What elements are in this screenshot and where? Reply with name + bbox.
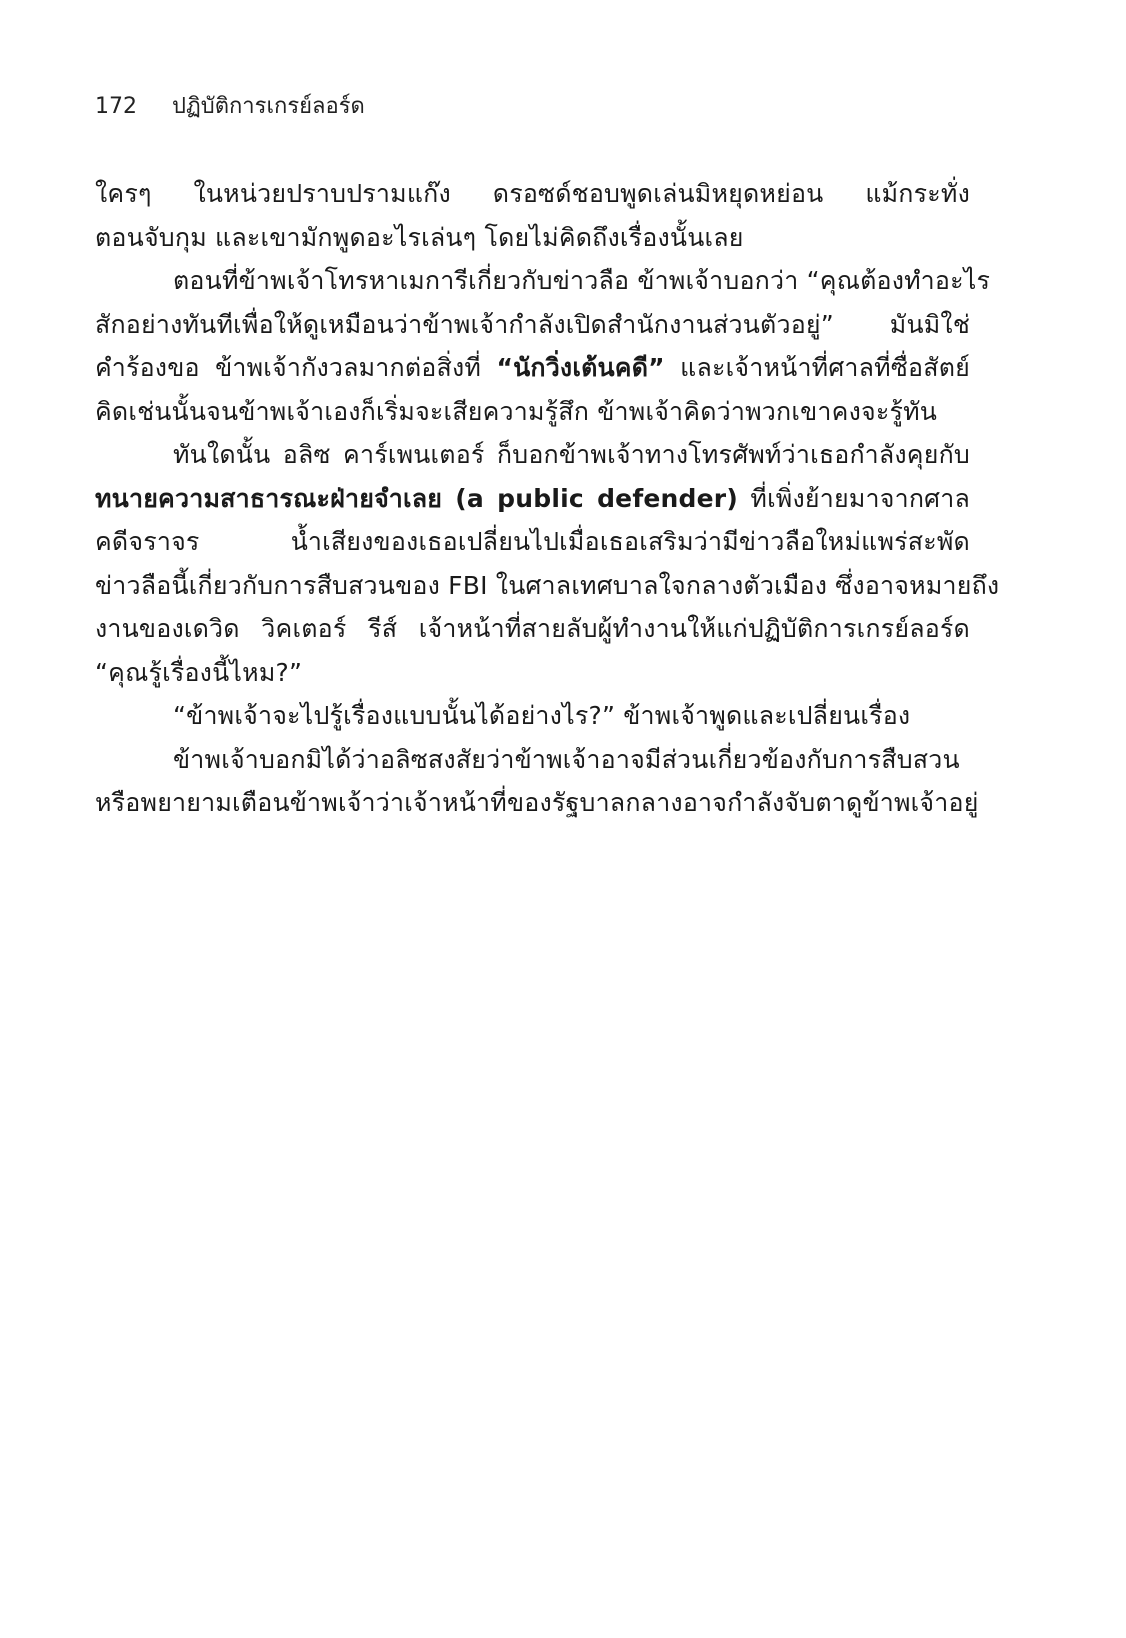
text-segment: ข่าวลือนี้เกี่ยวกับการสืบสวนของ FBI ในศา… [95,571,999,600]
body-text: ใครๆ ในหน่วยปราบปรามแก๊ง ดรอซด์ชอบพูดเล่… [95,172,970,825]
running-header: 172 ปฏิบัติการเกรย์ลอร์ด [95,88,365,123]
text-segment: ที่เพิ่งย้ายมาจากศาล [738,484,970,513]
text-segment: ใครๆ ในหน่วยปราบปรามแก๊ง ดรอซด์ชอบพูดเล่… [95,179,970,208]
text-segment: หรือพยายามเตือนข้าพเจ้าว่าเจ้าหน้าที่ของ… [95,788,979,817]
text-segment: คิดเช่นนั้นจนข้าพเจ้าเองก็เริ่มจะเสียควา… [95,397,937,426]
text-segment: สักอย่างทันทีเพื่อให้ดูเหมือนว่าข้าพเจ้า… [95,310,970,339]
text-line: ข่าวลือนี้เกี่ยวกับการสืบสวนของ FBI ในศา… [95,564,970,608]
text-line: ใครๆ ในหน่วยปราบปรามแก๊ง ดรอซด์ชอบพูดเล่… [95,172,970,216]
paragraph: ข้าพเจ้าบอกมิได้ว่าอลิซสงสัยว่าข้าพเจ้าอ… [95,738,970,825]
text-line: หรือพยายามเตือนข้าพเจ้าว่าเจ้าหน้าที่ของ… [95,781,970,825]
text-line: คิดเช่นนั้นจนข้าพเจ้าเองก็เริ่มจะเสียควา… [95,390,970,434]
text-segment: “ข้าพเจ้าจะไปรู้เรื่องแบบนั้นได้อย่างไร?… [173,701,910,730]
text-segment: ตอนจับกุม และเขามักพูดอะไรเล่นๆ โดยไม่คิ… [95,223,744,252]
paragraph: ทันใดนั้น อลิซ คาร์เพนเตอร์ ก็บอกข้าพเจ้… [95,433,970,694]
text-line: คดีจราจร น้ำเสียงของเธอเปลี่ยนไปเมื่อเธอ… [95,520,970,564]
emphasized-text: ทนายความสาธารณะฝ่ายจำเลย (a public defen… [95,484,738,513]
text-segment: “คุณรู้เรื่องนี้ไหม?” [95,658,302,687]
text-segment: ทันใดนั้น อลิซ คาร์เพนเตอร์ ก็บอกข้าพเจ้… [173,440,970,469]
text-segment: และเจ้าหน้าที่ศาลที่ซื่อสัตย์ [665,353,970,382]
text-line: สักอย่างทันทีเพื่อให้ดูเหมือนว่าข้าพเจ้า… [95,303,970,347]
paragraph: ตอนที่ข้าพเจ้าโทรหาเมการีเกี่ยวกับข่าวลื… [95,259,970,433]
text-segment: คำร้องขอ ข้าพเจ้ากังวลมากต่อสิ่งที่ [95,353,496,382]
text-line: ตอนที่ข้าพเจ้าโทรหาเมการีเกี่ยวกับข่าวลื… [95,259,970,303]
text-line: ตอนจับกุม และเขามักพูดอะไรเล่นๆ โดยไม่คิ… [95,216,970,260]
text-line: ข้าพเจ้าบอกมิได้ว่าอลิซสงสัยว่าข้าพเจ้าอ… [95,738,970,782]
text-line: งานของเดวิด วิคเตอร์ รีส์ เจ้าหน้าที่สาย… [95,607,970,651]
text-segment: งานของเดวิด วิคเตอร์ รีส์ เจ้าหน้าที่สาย… [95,614,970,643]
text-segment: ตอนที่ข้าพเจ้าโทรหาเมการีเกี่ยวกับข่าวลื… [173,266,990,295]
book-title: ปฏิบัติการเกรย์ลอร์ด [172,94,365,119]
text-line: ทันใดนั้น อลิซ คาร์เพนเตอร์ ก็บอกข้าพเจ้… [95,433,970,477]
text-line: “คุณรู้เรื่องนี้ไหม?” [95,651,970,695]
text-segment: คดีจราจร น้ำเสียงของเธอเปลี่ยนไปเมื่อเธอ… [95,527,970,556]
paragraph: ใครๆ ในหน่วยปราบปรามแก๊ง ดรอซด์ชอบพูดเล่… [95,172,970,259]
text-line: “ข้าพเจ้าจะไปรู้เรื่องแบบนั้นได้อย่างไร?… [95,694,970,738]
emphasized-text: “นักวิ่งเต้นคดี” [496,353,664,382]
text-line: คำร้องขอ ข้าพเจ้ากังวลมากต่อสิ่งที่ “นัก… [95,346,970,390]
text-segment: ข้าพเจ้าบอกมิได้ว่าอลิซสงสัยว่าข้าพเจ้าอ… [173,745,960,774]
page-number: 172 [95,94,165,119]
text-line: ทนายความสาธารณะฝ่ายจำเลย (a public defen… [95,477,970,521]
paragraph: “ข้าพเจ้าจะไปรู้เรื่องแบบนั้นได้อย่างไร?… [95,694,970,738]
